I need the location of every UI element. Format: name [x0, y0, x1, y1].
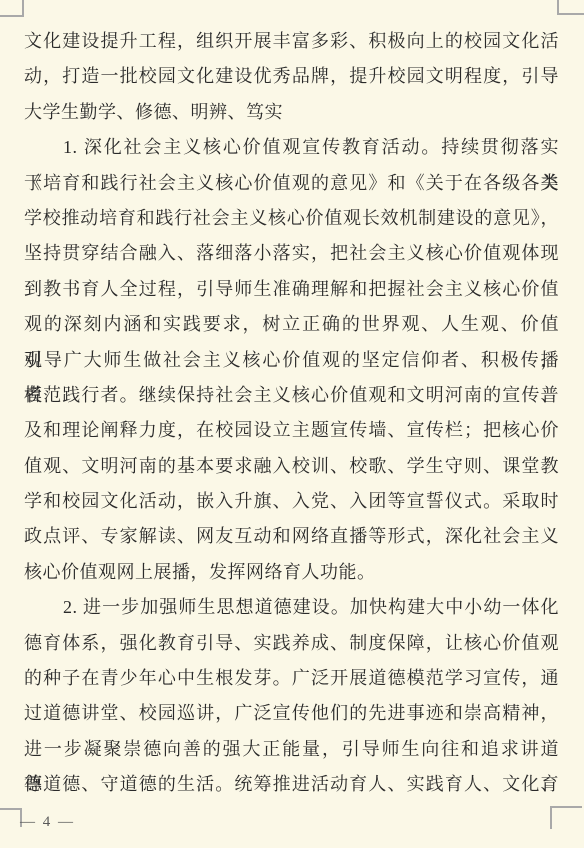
crop-mark-bottom-right-vertical — [550, 806, 552, 829]
text-line: 2. 进一步加强师生思想道德建设。加快构建大中小幼一体化 — [24, 590, 559, 625]
text-line: 引导广大师生做社会主义核心价值观的坚定信仰者、积极传播者、 — [24, 343, 559, 378]
crop-mark-bottom-right-horizontal — [550, 806, 582, 808]
crop-mark-top-right-horizontal — [557, 13, 584, 15]
text-line: 于培育和践行社会主义核心价值观的意见》和《关于在各级各类 — [24, 166, 559, 201]
text-line: 尊道德、守道德的生活。统筹推进活动育人、实践育人、文化育 — [24, 767, 559, 802]
text-line: 动，打造一批校园文化建设优秀品牌，提升校园文明程度，引导 — [24, 59, 559, 94]
text-line: 核心价值观网上展播，发挥网络育人功能。 — [24, 555, 559, 590]
text-line: 政点评、专家解读、网友互动和网络直播等形式，深化社会主义 — [24, 519, 559, 554]
text-line: 文化建设提升工程，组织开展丰富多彩、积极向上的校园文化活 — [24, 24, 559, 59]
page-number: — 4 — — [20, 814, 75, 830]
text-line: 值观、文明河南的基本要求融入校训、校歌、学生守则、课堂教 — [24, 449, 559, 484]
crop-mark-bottom-left-horizontal — [0, 808, 22, 810]
text-line: 及和理论阐释力度，在校园设立主题宣传墙、宣传栏；把核心价 — [24, 413, 559, 448]
text-line: 到教书育人全过程，引导师生准确理解和把握社会主义核心价值 — [24, 272, 559, 307]
text-line: 1. 深化社会主义核心价值观宣传教育活动。持续贯彻落实《关 — [24, 130, 559, 165]
text-line: 模范践行者。继续保持社会主义核心价值观和文明河南的宣传普 — [24, 378, 559, 413]
text-line: 的种子在青少年心中生根发芽。广泛开展道德模范学习宣传，通 — [24, 661, 559, 696]
document-page: 文化建设提升工程，组织开展丰富多彩、积极向上的校园文化活 动，打造一批校园文化建… — [0, 0, 584, 848]
text-line: 进一步凝聚崇德向善的强大正能量，引导师生向往和追求讲道德、 — [24, 732, 559, 767]
crop-mark-top-left-horizontal — [0, 15, 24, 17]
text-line: 过道德讲堂、校园巡讲，广泛宣传他们的先进事迹和崇高精神， — [24, 696, 559, 731]
text-line: 学校推动培育和践行社会主义核心价值观长效机制建设的意见》， — [24, 201, 559, 236]
text-line: 坚持贯穿结合融入、落细落小落实，把社会主义核心价值观体现 — [24, 236, 559, 271]
text-line: 观的深刻内涵和实践要求，树立正确的世界观、人生观、价值观， — [24, 307, 559, 342]
text-line: 学和校园文化活动，嵌入升旗、入党、入团等宣誓仪式。采取时 — [24, 484, 559, 519]
text-line: 大学生勤学、修德、明辨、笃实 — [24, 95, 559, 130]
text-line: 德育体系，强化教育引导、实践养成、制度保障，让核心价值观 — [24, 626, 559, 661]
document-body: 文化建设提升工程，组织开展丰富多彩、积极向上的校园文化活 动，打造一批校园文化建… — [24, 24, 559, 803]
